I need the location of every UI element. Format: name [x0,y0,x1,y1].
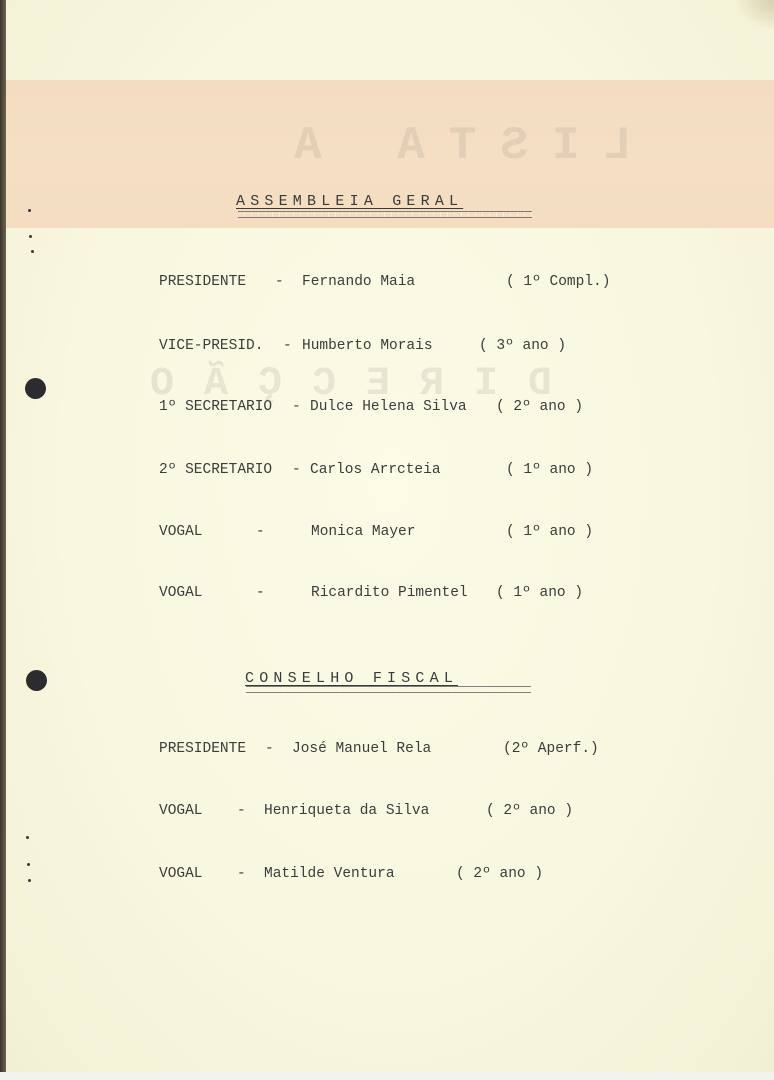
member-row: VOGAL - Matilde Ventura ( 2º ano ) [159,866,176,946]
section-title-double-underline [246,686,531,693]
role-label: VICE-PRESID. [159,338,263,354]
section-title-conselho-fiscal: CONSELHO FISCAL [245,670,458,687]
member-name: José Manuel Rela [292,741,431,757]
role-label: 2º SECRETARIO [159,462,272,478]
punch-hole-bottom [26,670,47,691]
member-name: Matilde Ventura [264,866,395,882]
member-name: Humberto Morais [302,338,433,354]
bleed-through-title: LISTA A [270,120,631,172]
role-label: VOGAL [159,585,203,601]
member-name: Ricardito Pimentel [311,585,468,601]
member-note: ( 1º Compl.) [506,274,610,290]
separator: - [256,585,265,601]
member-note: ( 3º ano ) [479,338,566,354]
paper-speck [31,250,34,253]
member-name: Dulce Helena Silva [310,399,467,415]
member-name: Henriqueta da Silva [264,803,429,819]
role-label: VOGAL [159,803,203,819]
role-label: PRESIDENTE [159,741,246,757]
member-name: Carlos Arrcteia [310,462,441,478]
member-note: ( 1º ano ) [496,585,583,601]
separator: - [283,338,292,354]
paper-speck [27,863,30,866]
member-note: ( 2º ano ) [496,399,583,415]
separator: - [292,399,301,415]
paper-speck [28,209,31,212]
separator: - [292,462,301,478]
section-title-assembleia-geral: ASSEMBLEIA GERAL [236,193,463,210]
member-name: Monica Mayer [311,524,415,540]
section-title-double-underline [238,211,532,218]
member-note: ( 2º ano ) [486,803,573,819]
separator: - [265,741,274,757]
role-label: VOGAL [159,524,203,540]
separator: - [256,524,265,540]
paper-speck [29,235,32,238]
paper-speck [28,879,31,882]
separator: - [237,866,246,882]
member-note: ( 1º ano ) [506,462,593,478]
member-row: VOGAL - Ricardito Pimentel ( 1º ano ) [159,585,176,665]
bottom-margin [0,1072,774,1080]
member-note: ( 2º ano ) [456,866,543,882]
role-label: 1º SECRETARIO [159,399,272,415]
member-name: Fernando Maia [302,274,415,290]
role-label: PRESIDENTE [159,274,246,290]
paper-speck [26,836,29,839]
role-label: VOGAL [159,866,203,882]
punch-hole-top [25,378,46,399]
separator: - [275,274,284,290]
corner-stain [734,0,774,30]
separator: - [237,803,246,819]
member-note: ( 1º ano ) [506,524,593,540]
member-note: (2º Aperf.) [503,741,599,757]
